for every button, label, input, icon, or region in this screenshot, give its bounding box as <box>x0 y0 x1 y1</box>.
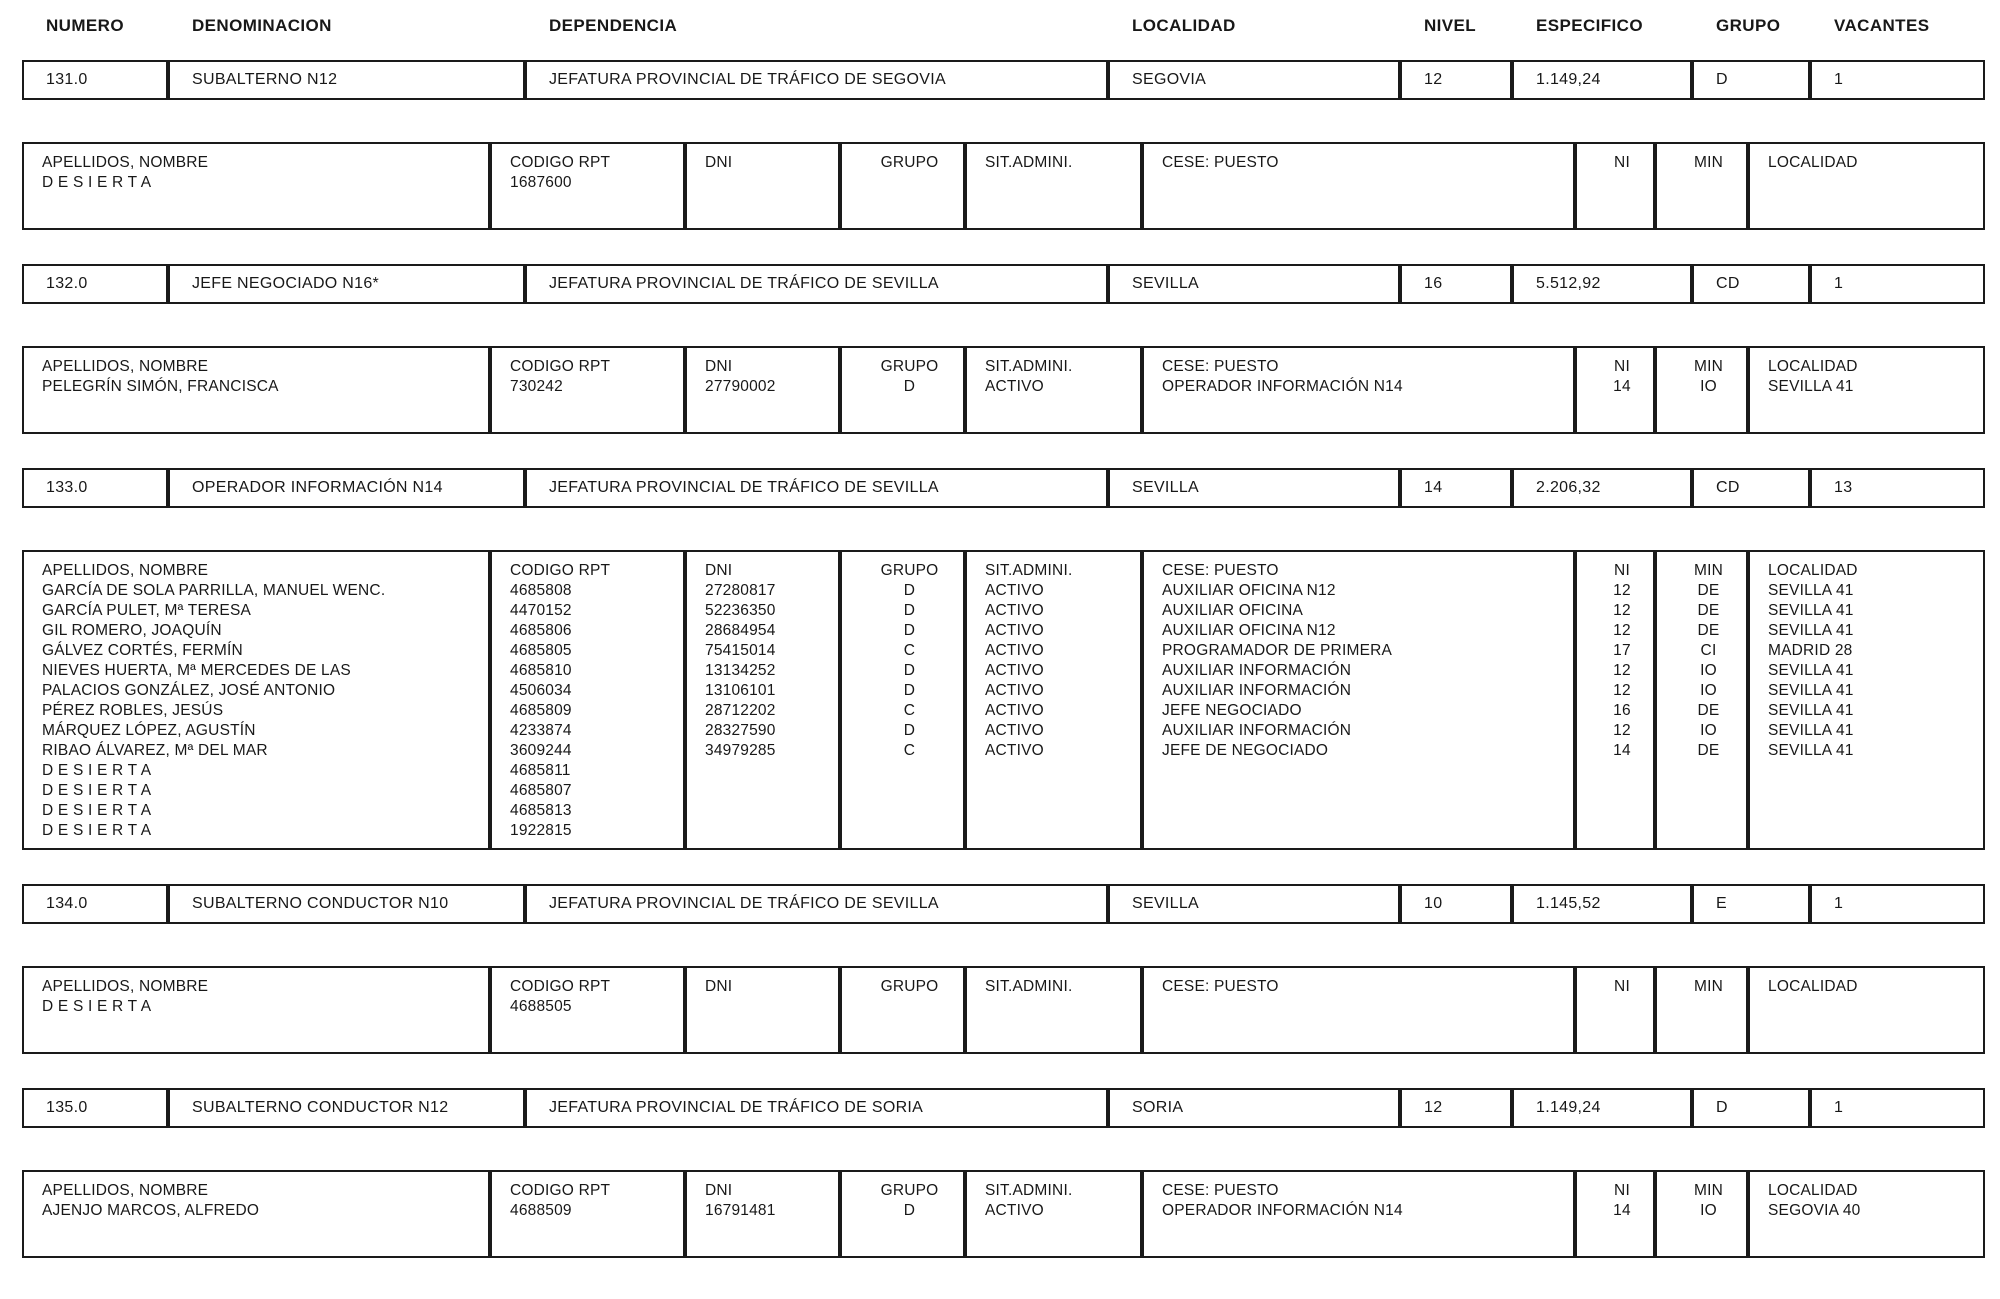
position-vacantes: 1 <box>1810 264 1985 304</box>
holders-column-header: CESE: PUESTO <box>1162 977 1569 997</box>
holder-codigo: 4685805 <box>510 641 679 661</box>
holders-column-header: LOCALIDAD <box>1768 1181 1979 1201</box>
holders-column-header: NI <box>1595 561 1649 581</box>
holder-grupo: D <box>860 601 959 621</box>
holders-column-dni: DNI <box>685 966 840 1054</box>
holder-ni: 12 <box>1595 661 1649 681</box>
holder-grupo <box>860 821 959 841</box>
position-vacantes: 1 <box>1810 884 1985 924</box>
holder-codigo: 4685813 <box>510 801 679 821</box>
holders-column-header: CODIGO RPT <box>510 153 679 173</box>
holder-grupo: D <box>860 377 959 397</box>
position-numero: 132.0 <box>22 264 168 304</box>
holder-codigo: 730242 <box>510 377 679 397</box>
holder-apellidos: D E S I E R T A <box>42 821 484 841</box>
holders-column-header: GRUPO <box>860 153 959 173</box>
position-denominacion: OPERADOR INFORMACIÓN N14 <box>168 468 525 508</box>
holder-cese: AUXILIAR OFICINA N12 <box>1162 621 1569 641</box>
holder-cese <box>1162 761 1569 781</box>
holders-column-header: APELLIDOS, NOMBRE <box>42 153 484 173</box>
holder-codigo: 3609244 <box>510 741 679 761</box>
holders-column-header: GRUPO <box>860 977 959 997</box>
holder-apellidos: AJENJO MARCOS, ALFREDO <box>42 1201 484 1221</box>
position-especifico: 1.149,24 <box>1512 60 1692 100</box>
holders-column-dni: DNI27790002 <box>685 346 840 434</box>
holder-localidad: SEVILLA 41 <box>1768 621 1979 641</box>
holders-column-min: MINIO <box>1655 1170 1748 1258</box>
holder-apellidos: GIL ROMERO, JOAQUÍN <box>42 621 484 641</box>
holder-cese: OPERADOR INFORMACIÓN N14 <box>1162 1201 1569 1221</box>
holder-dni <box>705 761 834 781</box>
holders-column-header: APELLIDOS, NOMBRE <box>42 561 484 581</box>
holder-grupo: D <box>860 661 959 681</box>
position-nivel: 12 <box>1400 60 1512 100</box>
holders-column-ni: NI14 <box>1575 1170 1655 1258</box>
holders-column-header: SIT.ADMINI. <box>985 561 1136 581</box>
column-header-grupo: GRUPO <box>1692 16 1810 36</box>
holders-column-dni: DNI <box>685 142 840 230</box>
holder-min: IO <box>1675 377 1742 397</box>
holders-column-dni: DNI2728081752236350286849547541501413134… <box>685 550 840 850</box>
holders-column-header: DNI <box>705 153 834 173</box>
position-row: 133.0 OPERADOR INFORMACIÓN N14 JEFATURA … <box>22 468 1985 508</box>
holder-sit: ACTIVO <box>985 1201 1136 1221</box>
holder-localidad <box>1768 997 1979 1017</box>
holder-ni <box>1595 781 1649 801</box>
holder-codigo: 4685808 <box>510 581 679 601</box>
holder-min <box>1675 801 1742 821</box>
position-grupo: E <box>1692 884 1810 924</box>
holder-cese <box>1162 821 1569 841</box>
holders-column-cese-puesto: CESE: PUESTOOPERADOR INFORMACIÓN N14 <box>1142 346 1575 434</box>
position-dependencia: JEFATURA PROVINCIAL DE TRÁFICO DE SORIA <box>525 1088 1108 1128</box>
position-section: 133.0 OPERADOR INFORMACIÓN N14 JEFATURA … <box>22 468 1985 850</box>
holder-dni <box>705 781 834 801</box>
position-localidad: SEVILLA <box>1108 264 1400 304</box>
holders-column-ni: NI14 <box>1575 346 1655 434</box>
position-localidad: SEVILLA <box>1108 468 1400 508</box>
holder-cese <box>1162 173 1569 193</box>
holder-grupo: D <box>860 721 959 741</box>
holders-column-apellidos: APELLIDOS, NOMBREPELEGRÍN SIMÓN, FRANCIS… <box>22 346 490 434</box>
position-vacantes: 1 <box>1810 1088 1985 1128</box>
holder-codigo: 4685807 <box>510 781 679 801</box>
holders-column-cese-puesto: CESE: PUESTO <box>1142 966 1575 1054</box>
position-dependencia: JEFATURA PROVINCIAL DE TRÁFICO DE SEGOVI… <box>525 60 1108 100</box>
position-numero: 133.0 <box>22 468 168 508</box>
holder-localidad: MADRID 28 <box>1768 641 1979 661</box>
holder-sit: ACTIVO <box>985 741 1136 761</box>
holder-apellidos: D E S I E R T A <box>42 781 484 801</box>
column-header-localidad: LOCALIDAD <box>1108 16 1400 36</box>
holders-column-header: SIT.ADMINI. <box>985 977 1136 997</box>
holders-column-grupo: GRUPO <box>840 142 965 230</box>
holder-codigo: 4688505 <box>510 997 679 1017</box>
holder-dni <box>705 997 834 1017</box>
position-section: 132.0 JEFE NEGOCIADO N16* JEFATURA PROVI… <box>22 264 1985 434</box>
holder-dni: 13106101 <box>705 681 834 701</box>
holder-localidad <box>1768 173 1979 193</box>
holder-min <box>1675 821 1742 841</box>
holder-cese <box>1162 997 1569 1017</box>
holders-column-header: SIT.ADMINI. <box>985 1181 1136 1201</box>
holder-grupo: D <box>860 1201 959 1221</box>
column-header-numero: NUMERO <box>22 16 168 36</box>
holders-column-header: CODIGO RPT <box>510 561 679 581</box>
holder-codigo: 4470152 <box>510 601 679 621</box>
holder-apellidos: D E S I E R T A <box>42 801 484 821</box>
holder-codigo: 4688509 <box>510 1201 679 1221</box>
position-denominacion: SUBALTERNO CONDUCTOR N12 <box>168 1088 525 1128</box>
holder-localidad: SEVILLA 41 <box>1768 701 1979 721</box>
holders-column-localidad: LOCALIDADSEVILLA 41 <box>1748 346 1985 434</box>
holders-column-localidad: LOCALIDADSEVILLA 41SEVILLA 41SEVILLA 41M… <box>1748 550 1985 850</box>
holder-cese <box>1162 781 1569 801</box>
holder-min: IO <box>1675 1201 1742 1221</box>
holders-column-cese-puesto: CESE: PUESTOAUXILIAR OFICINA N12AUXILIAR… <box>1142 550 1575 850</box>
holders-column-header: APELLIDOS, NOMBRE <box>42 1181 484 1201</box>
holders-column-sit-admini: SIT.ADMINI.ACTIVOACTIVOACTIVOACTIVOACTIV… <box>965 550 1142 850</box>
column-header-dependencia: DEPENDENCIA <box>525 16 1108 36</box>
position-grupo: D <box>1692 60 1810 100</box>
rpt-vacancies-document: NUMERO DENOMINACION DEPENDENCIA LOCALIDA… <box>0 0 2000 1299</box>
holders-table: APELLIDOS, NOMBRED E S I E R T A CODIGO … <box>22 142 1985 230</box>
holders-table: APELLIDOS, NOMBREPELEGRÍN SIMÓN, FRANCIS… <box>22 346 1985 434</box>
holders-column-header: APELLIDOS, NOMBRE <box>42 977 484 997</box>
holder-apellidos: D E S I E R T A <box>42 997 484 1017</box>
holder-dni: 34979285 <box>705 741 834 761</box>
holder-min: DE <box>1675 701 1742 721</box>
holder-sit <box>985 173 1136 193</box>
position-denominacion: JEFE NEGOCIADO N16* <box>168 264 525 304</box>
holders-column-header: MIN <box>1675 153 1742 173</box>
holder-sit: ACTIVO <box>985 581 1136 601</box>
holders-column-header: MIN <box>1675 561 1742 581</box>
position-nivel: 14 <box>1400 468 1512 508</box>
holders-table: APELLIDOS, NOMBRED E S I E R T A CODIGO … <box>22 966 1985 1054</box>
position-columns-header: NUMERO DENOMINACION DEPENDENCIA LOCALIDA… <box>22 16 1985 36</box>
holders-column-header: CODIGO RPT <box>510 1181 679 1201</box>
holder-localidad: SEVILLA 41 <box>1768 721 1979 741</box>
position-dependencia: JEFATURA PROVINCIAL DE TRÁFICO DE SEVILL… <box>525 264 1108 304</box>
holders-column-header: DNI <box>705 1181 834 1201</box>
position-row: 134.0 SUBALTERNO CONDUCTOR N10 JEFATURA … <box>22 884 1985 924</box>
holder-ni <box>1595 997 1649 1017</box>
holder-sit: ACTIVO <box>985 721 1136 741</box>
column-header-vacantes: VACANTES <box>1810 16 1985 36</box>
position-section: 135.0 SUBALTERNO CONDUCTOR N12 JEFATURA … <box>22 1088 1985 1258</box>
holder-grupo: D <box>860 681 959 701</box>
holder-ni: 14 <box>1595 741 1649 761</box>
holder-apellidos: GARCÍA DE SOLA PARRILLA, MANUEL WENC. <box>42 581 484 601</box>
holder-codigo: 4685811 <box>510 761 679 781</box>
holder-dni: 13134252 <box>705 661 834 681</box>
holders-column-header: MIN <box>1675 357 1742 377</box>
holder-cese: PROGRAMADOR DE PRIMERA <box>1162 641 1569 661</box>
position-especifico: 2.206,32 <box>1512 468 1692 508</box>
holder-ni: 12 <box>1595 621 1649 641</box>
holder-cese: JEFE DE NEGOCIADO <box>1162 741 1569 761</box>
holders-column-header: CODIGO RPT <box>510 357 679 377</box>
holders-column-sit-admini: SIT.ADMINI. <box>965 966 1142 1054</box>
position-section: 131.0 SUBALTERNO N12 JEFATURA PROVINCIAL… <box>22 60 1985 230</box>
position-grupo: CD <box>1692 468 1810 508</box>
holder-localidad: SEVILLA 41 <box>1768 377 1979 397</box>
holder-sit: ACTIVO <box>985 681 1136 701</box>
holders-column-min: MINIO <box>1655 346 1748 434</box>
holder-ni <box>1595 821 1649 841</box>
position-section: 134.0 SUBALTERNO CONDUCTOR N10 JEFATURA … <box>22 884 1985 1054</box>
holder-ni <box>1595 801 1649 821</box>
holder-grupo: D <box>860 621 959 641</box>
holder-dni: 28684954 <box>705 621 834 641</box>
holder-codigo: 1922815 <box>510 821 679 841</box>
holder-min: CI <box>1675 641 1742 661</box>
holder-sit: ACTIVO <box>985 621 1136 641</box>
holders-column-localidad: LOCALIDADSEGOVIA 40 <box>1748 1170 1985 1258</box>
holder-sit <box>985 997 1136 1017</box>
holder-grupo <box>860 761 959 781</box>
column-header-nivel: NIVEL <box>1400 16 1512 36</box>
holder-dni: 28712202 <box>705 701 834 721</box>
holder-grupo <box>860 173 959 193</box>
position-nivel: 16 <box>1400 264 1512 304</box>
holders-column-codigo-rpt: CODIGO RPT1687600 <box>490 142 685 230</box>
holder-sit <box>985 821 1136 841</box>
holders-column-header: DNI <box>705 357 834 377</box>
holder-localidad <box>1768 761 1979 781</box>
position-vacantes: 13 <box>1810 468 1985 508</box>
holders-column-ni: NI <box>1575 966 1655 1054</box>
holders-column-sit-admini: SIT.ADMINI.ACTIVO <box>965 346 1142 434</box>
holder-localidad <box>1768 781 1979 801</box>
holder-dni: 75415014 <box>705 641 834 661</box>
holders-column-grupo: GRUPO <box>840 966 965 1054</box>
holders-column-header: SIT.ADMINI. <box>985 153 1136 173</box>
holder-ni: 14 <box>1595 1201 1649 1221</box>
holder-apellidos: D E S I E R T A <box>42 173 484 193</box>
position-nivel: 10 <box>1400 884 1512 924</box>
holders-column-header: CESE: PUESTO <box>1162 561 1569 581</box>
holder-grupo <box>860 801 959 821</box>
holder-codigo: 4685806 <box>510 621 679 641</box>
holder-localidad <box>1768 821 1979 841</box>
holder-sit: ACTIVO <box>985 701 1136 721</box>
holders-table: APELLIDOS, NOMBREGARCÍA DE SOLA PARRILLA… <box>22 550 1985 850</box>
holder-grupo: C <box>860 641 959 661</box>
holders-column-localidad: LOCALIDAD <box>1748 142 1985 230</box>
holders-column-sit-admini: SIT.ADMINI.ACTIVO <box>965 1170 1142 1258</box>
holders-column-header: CESE: PUESTO <box>1162 357 1569 377</box>
holder-dni: 16791481 <box>705 1201 834 1221</box>
holders-column-grupo: GRUPOD <box>840 1170 965 1258</box>
holder-cese: AUXILIAR INFORMACIÓN <box>1162 721 1569 741</box>
holder-codigo: 1687600 <box>510 173 679 193</box>
position-vacantes: 1 <box>1810 60 1985 100</box>
holder-grupo <box>860 781 959 801</box>
holder-dni: 52236350 <box>705 601 834 621</box>
holders-column-localidad: LOCALIDAD <box>1748 966 1985 1054</box>
holder-sit: ACTIVO <box>985 377 1136 397</box>
holder-min: DE <box>1675 741 1742 761</box>
holder-cese: AUXILIAR OFICINA N12 <box>1162 581 1569 601</box>
holder-codigo: 4506034 <box>510 681 679 701</box>
sections-container: 131.0 SUBALTERNO N12 JEFATURA PROVINCIAL… <box>22 60 1985 1258</box>
holders-column-header: MIN <box>1675 1181 1742 1201</box>
column-header-denominacion: DENOMINACION <box>168 16 525 36</box>
position-row: 132.0 JEFE NEGOCIADO N16* JEFATURA PROVI… <box>22 264 1985 304</box>
holder-ni: 16 <box>1595 701 1649 721</box>
position-dependencia: JEFATURA PROVINCIAL DE TRÁFICO DE SEVILL… <box>525 884 1108 924</box>
holder-localidad: SEVILLA 41 <box>1768 581 1979 601</box>
position-localidad: SEVILLA <box>1108 884 1400 924</box>
position-denominacion: SUBALTERNO CONDUCTOR N10 <box>168 884 525 924</box>
holder-apellidos: GARCÍA PULET, Mª TERESA <box>42 601 484 621</box>
holder-cese: AUXILIAR INFORMACIÓN <box>1162 661 1569 681</box>
holder-apellidos: GÁLVEZ CORTÉS, FERMÍN <box>42 641 484 661</box>
holders-column-header: DNI <box>705 561 834 581</box>
holders-column-header: CODIGO RPT <box>510 977 679 997</box>
holders-column-header: CESE: PUESTO <box>1162 153 1569 173</box>
holders-column-dni: DNI16791481 <box>685 1170 840 1258</box>
position-especifico: 5.512,92 <box>1512 264 1692 304</box>
holders-column-apellidos: APELLIDOS, NOMBRED E S I E R T A <box>22 142 490 230</box>
holder-ni <box>1595 761 1649 781</box>
holder-cese: AUXILIAR INFORMACIÓN <box>1162 681 1569 701</box>
holder-apellidos: PALACIOS GONZÁLEZ, JOSÉ ANTONIO <box>42 681 484 701</box>
holder-grupo: C <box>860 701 959 721</box>
holder-sit: ACTIVO <box>985 641 1136 661</box>
holders-column-header: MIN <box>1675 977 1742 997</box>
holder-cese: OPERADOR INFORMACIÓN N14 <box>1162 377 1569 397</box>
holders-column-ni: NI121212171212161214 <box>1575 550 1655 850</box>
holders-column-header: NI <box>1595 357 1649 377</box>
holder-ni: 14 <box>1595 377 1649 397</box>
position-dependencia: JEFATURA PROVINCIAL DE TRÁFICO DE SEVILL… <box>525 468 1108 508</box>
holder-grupo: C <box>860 741 959 761</box>
holders-column-header: NI <box>1595 1181 1649 1201</box>
holder-min: DE <box>1675 601 1742 621</box>
holder-ni <box>1595 173 1649 193</box>
holders-column-min: MINDEDEDECIIOIODEIODE <box>1655 550 1748 850</box>
position-numero: 135.0 <box>22 1088 168 1128</box>
holders-column-header: LOCALIDAD <box>1768 153 1979 173</box>
holders-column-header: LOCALIDAD <box>1768 977 1979 997</box>
holder-dni: 27790002 <box>705 377 834 397</box>
holders-column-ni: NI <box>1575 142 1655 230</box>
holders-column-header: CESE: PUESTO <box>1162 1181 1569 1201</box>
holder-codigo: 4233874 <box>510 721 679 741</box>
holder-sit <box>985 761 1136 781</box>
holder-ni: 17 <box>1595 641 1649 661</box>
holder-ni: 12 <box>1595 581 1649 601</box>
holders-column-apellidos: APELLIDOS, NOMBREAJENJO MARCOS, ALFREDO <box>22 1170 490 1258</box>
holders-column-apellidos: APELLIDOS, NOMBREGARCÍA DE SOLA PARRILLA… <box>22 550 490 850</box>
holder-ni: 12 <box>1595 681 1649 701</box>
holders-column-codigo-rpt: CODIGO RPT730242 <box>490 346 685 434</box>
holder-localidad: SEVILLA 41 <box>1768 681 1979 701</box>
holders-column-header: NI <box>1595 153 1649 173</box>
holder-codigo: 4685810 <box>510 661 679 681</box>
holders-column-grupo: GRUPOD <box>840 346 965 434</box>
holder-min: IO <box>1675 681 1742 701</box>
holder-localidad: SEGOVIA 40 <box>1768 1201 1979 1221</box>
holder-dni: 28327590 <box>705 721 834 741</box>
holders-column-header: SIT.ADMINI. <box>985 357 1136 377</box>
holders-column-grupo: GRUPODDDCDDCDC <box>840 550 965 850</box>
holder-min: DE <box>1675 621 1742 641</box>
holder-cese: AUXILIAR OFICINA <box>1162 601 1569 621</box>
position-row: 135.0 SUBALTERNO CONDUCTOR N12 JEFATURA … <box>22 1088 1985 1128</box>
holder-grupo: D <box>860 581 959 601</box>
position-denominacion: SUBALTERNO N12 <box>168 60 525 100</box>
holder-apellidos: PELEGRÍN SIMÓN, FRANCISCA <box>42 377 484 397</box>
holder-apellidos: NIEVES HUERTA, Mª MERCEDES DE LAS <box>42 661 484 681</box>
holders-table: APELLIDOS, NOMBREAJENJO MARCOS, ALFREDO … <box>22 1170 1985 1258</box>
holder-grupo <box>860 997 959 1017</box>
position-especifico: 1.149,24 <box>1512 1088 1692 1128</box>
holder-apellidos: MÁRQUEZ LÓPEZ, AGUSTÍN <box>42 721 484 741</box>
holders-column-header: GRUPO <box>860 1181 959 1201</box>
holder-sit <box>985 801 1136 821</box>
holder-min: IO <box>1675 721 1742 741</box>
position-grupo: CD <box>1692 264 1810 304</box>
holder-cese <box>1162 801 1569 821</box>
holders-column-header: GRUPO <box>860 357 959 377</box>
holder-min: IO <box>1675 661 1742 681</box>
holder-sit: ACTIVO <box>985 661 1136 681</box>
holders-column-sit-admini: SIT.ADMINI. <box>965 142 1142 230</box>
holder-min: DE <box>1675 581 1742 601</box>
holder-min <box>1675 761 1742 781</box>
holder-dni <box>705 801 834 821</box>
holders-column-apellidos: APELLIDOS, NOMBRED E S I E R T A <box>22 966 490 1054</box>
position-numero: 131.0 <box>22 60 168 100</box>
holder-min <box>1675 173 1742 193</box>
holders-column-header: LOCALIDAD <box>1768 561 1979 581</box>
holder-localidad <box>1768 801 1979 821</box>
holder-apellidos: RIBAO ÁLVAREZ, Mª DEL MAR <box>42 741 484 761</box>
holder-dni: 27280817 <box>705 581 834 601</box>
holder-min <box>1675 997 1742 1017</box>
holder-codigo: 4685809 <box>510 701 679 721</box>
holder-sit <box>985 781 1136 801</box>
column-header-especifico: ESPECIFICO <box>1512 16 1692 36</box>
holder-dni <box>705 173 834 193</box>
holders-column-header: NI <box>1595 977 1649 997</box>
holder-cese: JEFE NEGOCIADO <box>1162 701 1569 721</box>
holder-dni <box>705 821 834 841</box>
holders-column-header: GRUPO <box>860 561 959 581</box>
position-especifico: 1.145,52 <box>1512 884 1692 924</box>
position-row: 131.0 SUBALTERNO N12 JEFATURA PROVINCIAL… <box>22 60 1985 100</box>
holders-column-codigo-rpt: CODIGO RPT4688509 <box>490 1170 685 1258</box>
position-nivel: 12 <box>1400 1088 1512 1128</box>
holder-ni: 12 <box>1595 601 1649 621</box>
position-grupo: D <box>1692 1088 1810 1128</box>
holders-column-cese-puesto: CESE: PUESTOOPERADOR INFORMACIÓN N14 <box>1142 1170 1575 1258</box>
holder-min <box>1675 781 1742 801</box>
holder-sit: ACTIVO <box>985 601 1136 621</box>
holders-column-codigo-rpt: CODIGO RPT468580844701524685806468580546… <box>490 550 685 850</box>
holder-localidad: SEVILLA 41 <box>1768 741 1979 761</box>
position-numero: 134.0 <box>22 884 168 924</box>
holder-apellidos: PÉREZ ROBLES, JESÚS <box>42 701 484 721</box>
position-localidad: SORIA <box>1108 1088 1400 1128</box>
holders-column-header: DNI <box>705 977 834 997</box>
holders-column-header: LOCALIDAD <box>1768 357 1979 377</box>
holder-localidad: SEVILLA 41 <box>1768 661 1979 681</box>
